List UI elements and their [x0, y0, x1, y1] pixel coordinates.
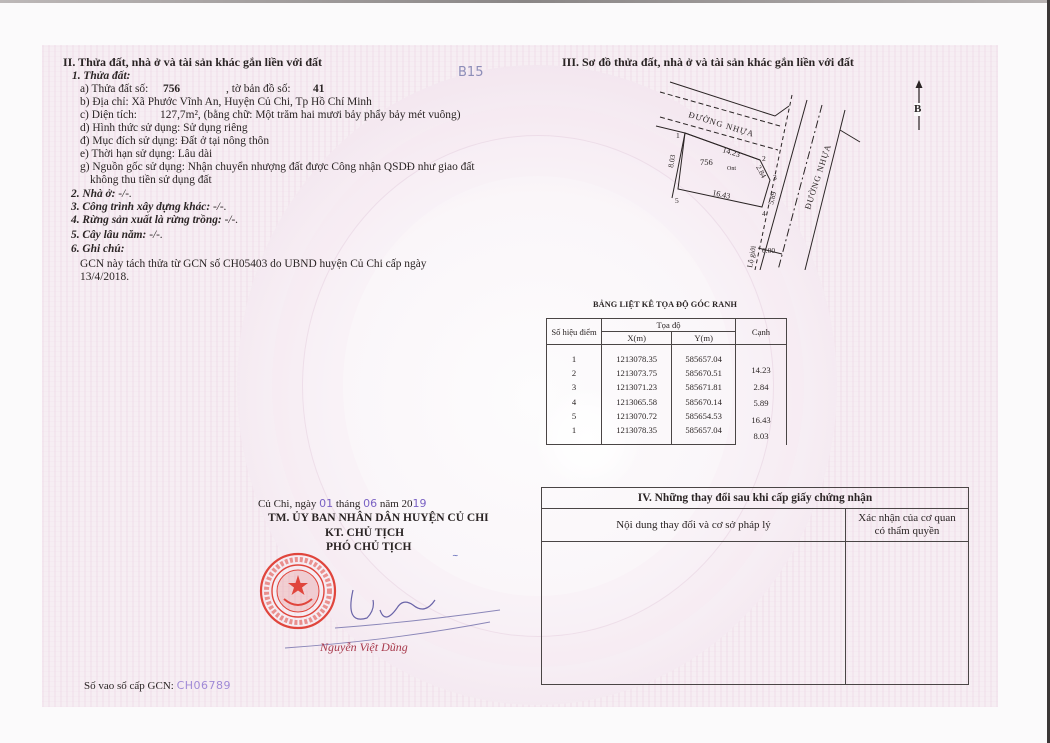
- coord-cell-pt: 1: [547, 345, 602, 367]
- coord-cell-y: 585670.14: [672, 394, 736, 408]
- house-value: -/-.: [118, 188, 132, 200]
- year-label: năm 20: [380, 498, 413, 510]
- parcel-diagram: ĐƯỜNG NHỰA ĐƯỜNG NHỰA 756 Ont 1 2 3 4 5 …: [560, 70, 940, 270]
- land-heading: 1. Thửa đất:: [72, 70, 130, 83]
- coord-cell-pt: 5: [547, 409, 602, 423]
- notes-line1: GCN này tách thửa từ GCN số CH05403 do U…: [80, 258, 426, 271]
- edge-5-1: 8.03: [666, 154, 677, 169]
- coord-cell-y: 585654.53: [672, 409, 736, 423]
- origin-line1: g) Nguồn gốc sử dụng: Nhận chuyển nhượng…: [80, 161, 475, 174]
- edge-length: 14.23: [738, 362, 784, 379]
- address: b) Địa chỉ: Xã Phước Vĩnh An, Huyện Củ C…: [80, 96, 372, 109]
- col-point-no: Số hiệu điểm: [547, 319, 602, 345]
- coord-cell-x: 1213070.72: [602, 409, 672, 423]
- other-works-row: 3. Công trình xây dựng khác: -/-.: [71, 201, 227, 214]
- area-label: c) Diện tích:: [80, 109, 137, 122]
- signer-name: Nguyễn Việt Dũng: [320, 641, 408, 654]
- coord-table: Số hiệu điểm Tọa độ Cạnh X(m) Y(m) 11213…: [546, 318, 787, 445]
- initials-mark: ∼: [452, 549, 459, 562]
- place-date: Củ Chi, ngày 01 tháng 06 năm 2019: [258, 497, 427, 511]
- coord-cell-pt: 4: [547, 394, 602, 408]
- handwritten-tag: B15: [458, 66, 483, 79]
- col-y: Y(m): [672, 332, 736, 345]
- house-heading: 2. Nhà ở:: [71, 188, 115, 200]
- title-line1: KT. CHỦ TỊCH: [325, 527, 404, 540]
- forest-value: -/-.: [225, 214, 239, 226]
- point-4: 4: [762, 209, 766, 218]
- col-coord: Tọa độ: [602, 319, 736, 332]
- edge-length: 2.84: [738, 379, 784, 396]
- coord-table-title: BẢNG LIỆT KÊ TỌA ĐỘ GÓC RANH: [540, 300, 790, 309]
- setback-label: Lộ giới: [745, 245, 758, 268]
- map-sheet-label: , tờ bản đồ số:: [226, 83, 291, 96]
- parcel-number-label: 756: [700, 157, 713, 167]
- forest-row: 4. Rừng sản xuất là rừng trồng: -/-.: [71, 214, 238, 227]
- usage-purpose: đ) Mục đích sử dụng: Đất ở tại nông thôn: [80, 135, 269, 148]
- edge-4-5: 16.43: [712, 188, 731, 201]
- coord-cell-x: 1213071.23: [602, 380, 672, 394]
- registry-row: Số vao sổ cấp GCN: CH06789: [84, 679, 231, 693]
- org-line: TM. ỦY BAN NHÂN DÂN HUYỆN CỦ CHI: [268, 512, 489, 525]
- content-layer: II. Thửa đất, nhà ở và tài sản khác gắn …: [0, 0, 1050, 743]
- coord-cell-pt: 1: [547, 423, 602, 445]
- house-row: 2. Nhà ở: -/-.: [71, 188, 132, 201]
- coord-cell-x: 1213078.35: [602, 423, 672, 445]
- coord-cell-y: 585657.04: [672, 345, 736, 367]
- confirmation-line1: Xác nhận của cơ quan: [858, 512, 955, 524]
- section4-title: IV. Những thay đổi sau khi cấp giấy chứn…: [542, 488, 969, 509]
- edge-length: 5.89: [738, 395, 784, 412]
- north-label: B: [914, 103, 921, 116]
- other-works-heading: 3. Công trình xây dựng khác:: [71, 201, 210, 213]
- coord-cell-pt: 2: [547, 366, 602, 380]
- origin-line2: không thu tiền sử dụng đất: [90, 174, 212, 187]
- coord-cell-y: 585670.51: [672, 366, 736, 380]
- parcel-label: a) Thửa đất số:: [80, 83, 148, 96]
- coord-cell-y: 585657.04: [672, 423, 736, 445]
- edge-1-2: 14.23: [721, 145, 741, 159]
- month-label: tháng: [336, 498, 360, 510]
- point-1: 1: [676, 131, 680, 140]
- changes-col-confirmation: Xác nhận của cơ quan có thẩm quyền: [846, 509, 969, 542]
- point-5: 5: [675, 196, 679, 205]
- coord-cell-x: 1213078.35: [602, 345, 672, 367]
- land-code-label: Ont: [727, 166, 736, 172]
- coord-cell-x: 1213065.58: [602, 394, 672, 408]
- coord-cell-y: 585671.81: [672, 380, 736, 394]
- forest-heading: 4. Rừng sản xuất là rừng trồng:: [71, 214, 222, 226]
- perennial-heading: 5. Cây lâu năm:: [71, 229, 146, 241]
- changes-content-cell: [542, 542, 846, 685]
- notes-line2: 13/4/2018.: [80, 271, 129, 284]
- date-month: 06: [363, 497, 377, 510]
- changes-table: IV. Những thay đổi sau khi cấp giấy chứn…: [541, 487, 969, 685]
- edge-3-4: 5.89: [766, 190, 778, 205]
- date-day: 01: [319, 497, 333, 510]
- edge-length: 8.03: [738, 428, 784, 445]
- section2-title: II. Thửa đất, nhà ở và tài sản khác gắn …: [63, 56, 322, 69]
- notes-heading: 6. Ghi chú:: [71, 243, 124, 256]
- road-top-label: ĐƯỜNG NHỰA: [687, 109, 755, 139]
- col-edge: Cạnh: [736, 319, 787, 345]
- date-year: 19: [413, 497, 427, 510]
- setback-value: 6.00: [762, 246, 775, 255]
- parcel-number: 756: [163, 83, 180, 96]
- coord-row: 11213078.35585657.0414.232.845.8916.438.…: [547, 345, 787, 367]
- area-value: 127,7m², (bằng chữ: Một trăm hai mươi bả…: [160, 109, 460, 122]
- point-2: 2: [762, 154, 766, 163]
- edge-length: 16.43: [738, 412, 784, 429]
- section3-title: III. Sơ đồ thửa đất, nhà ở và tài sản kh…: [562, 56, 854, 69]
- place-date-prefix: Củ Chi, ngày: [258, 498, 316, 510]
- usage-form: d) Hình thức sử dụng: Sử dụng riêng: [80, 122, 248, 135]
- coord-edge-lengths: 14.232.845.8916.438.03: [736, 345, 787, 445]
- registry-value: CH06789: [177, 679, 231, 692]
- perennial-value: -/-.: [149, 229, 163, 241]
- usage-term: e) Thời hạn sử dụng: Lâu dài: [80, 148, 212, 161]
- registry-label: Số vao sổ cấp GCN:: [84, 680, 174, 692]
- other-works-value: -/-.: [213, 201, 227, 213]
- point-3: 3: [773, 173, 777, 182]
- edge-2-3: 2.84: [754, 164, 768, 180]
- coord-cell-pt: 3: [547, 380, 602, 394]
- changes-col-content: Nội dung thay đổi và cơ sở pháp lý: [542, 509, 846, 542]
- coord-cell-x: 1213073.75: [602, 366, 672, 380]
- perennial-row: 5. Cây lâu năm: -/-.: [71, 229, 163, 242]
- col-x: X(m): [602, 332, 672, 345]
- map-sheet-number: 41: [313, 83, 324, 96]
- changes-confirmation-cell: [846, 542, 969, 685]
- title-line2: PHÓ CHỦ TỊCH: [326, 541, 411, 554]
- confirmation-line2: có thẩm quyền: [875, 525, 940, 537]
